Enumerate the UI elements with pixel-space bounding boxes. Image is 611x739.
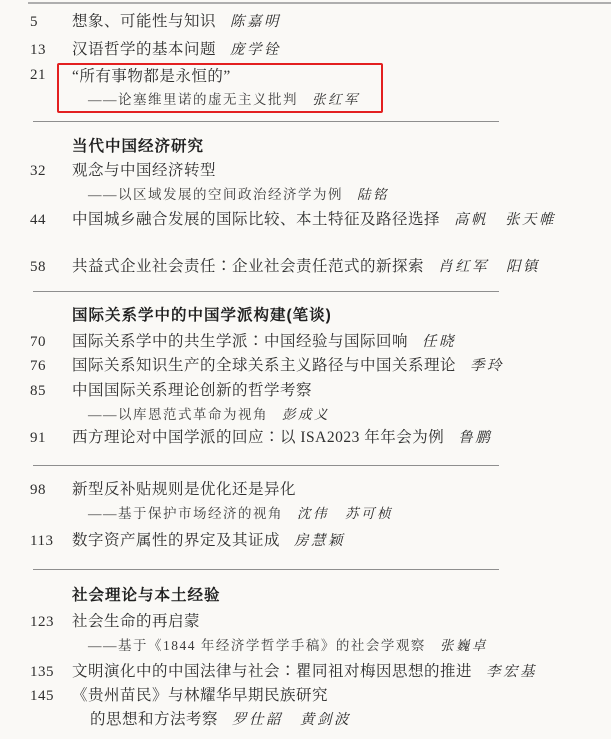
entry-title: 中国城乡融合发展的国际比较、本土特征及路径选择 [72,211,440,228]
toc-entry: 32 观念与中国经济转型 ——以区域发展的空间政治经济学为例陆铭 [30,159,593,206]
entry-title: 西方理论对中国学派的回应∶以 ISA2023 年年会为例 [72,429,444,446]
entry-page-number: 85 [30,379,72,426]
entry-page-number: 113 [30,529,72,553]
entry-subtitle: ——以区域发展的空间政治经济学为例 [88,187,343,202]
entry-title: 新型反补贴规则是优化还是异化 [72,481,296,498]
toc-entry: 145 《贵州苗民》与林耀华早期民族研究 的思想和方法考察罗仕韶 黄剑波 [30,684,593,732]
toc-entry-highlighted: 21 “所有事物都是永恒的” ——论塞维里诺的虚无主义批判张红军 [30,63,593,113]
entry-title: 文明演化中的中国法律与社会∶瞿同祖对梅因思想的推进 [72,663,472,680]
toc-entry: 70 国际关系学中的共生学派∶中国经验与国际回响任晓 [30,330,593,354]
entry-subtitle: ——基于《1844 年经济学哲学手稿》的社会学观察 [88,638,426,653]
journal-toc-page: 5 想象、可能性与知识陈嘉明 13 汉语哲学的基本问题庞学铨 21 “所有事物都… [0,0,611,739]
entry-authors: 李宏基 [486,664,537,680]
toc-entry: 44 中国城乡融合发展的国际比较、本土特征及路径选择高帆 张天帷 [30,208,593,232]
entry-page-number: 44 [30,208,72,232]
top-rule [28,2,611,4]
entry-authors: 任晓 [422,334,456,350]
entry-page-number: 135 [30,660,72,684]
entry-subtitle: ——基于保护市场经济的视角 [88,506,283,521]
entry-subtitle: ——论塞维里诺的虚无主义批判 [88,92,298,107]
entry-page-number: 58 [30,255,72,279]
entry-page-number: 91 [30,426,72,450]
entry-subtitle: ——以库恩范式革命为视角 [88,407,268,422]
entry-subtitle-authors: 张红军 [312,92,360,107]
entry-authors: 陈嘉明 [230,14,281,30]
red-highlight-box: “所有事物都是永恒的” ——论塞维里诺的虚无主义批判张红军 [57,63,383,113]
entry-authors: 高帆 张天帷 [454,212,556,228]
toc-entry: 113 数字资产属性的界定及其证成房慧颖 [30,529,593,553]
toc-entry: 13 汉语哲学的基本问题庞学铨 [30,38,593,62]
entry-title: 想象、可能性与知识 [72,13,216,30]
section-divider [33,291,499,292]
entry-subtitle-authors: 彭成义 [282,407,330,422]
entry-page-number: 32 [30,159,72,206]
entry-authors: 季玲 [470,358,504,374]
entry-subtitle-authors: 张巍卓 [440,638,488,653]
entry-title: 国际关系知识生产的全球关系主义路径与中国关系理论 [72,357,456,374]
entry-page-number: 70 [30,330,72,354]
toc-entry: 135 文明演化中的中国法律与社会∶瞿同祖对梅因思想的推进李宏基 [30,660,593,684]
toc-entry: 123 社会生命的再启蒙 ——基于《1844 年经济学哲学手稿》的社会学观察张巍… [30,610,593,657]
entry-title: 中国国际关系理论创新的哲学考察 [72,382,312,399]
entry-title: 观念与中国经济转型 [72,162,216,179]
entry-authors: 房慧颖 [294,533,345,549]
entry-subtitle-authors: 沈伟 苏可桢 [297,506,393,521]
entry-page-number: 13 [30,38,72,62]
entry-page-number: 76 [30,354,72,378]
section-heading: 当代中国经济研究 [30,135,593,159]
toc-entry: 85 中国国际关系理论创新的哲学考察 ——以库恩范式革命为视角彭成义 [30,379,593,426]
entry-subtitle-authors: 陆铭 [357,187,389,202]
toc-entry: 58 共益式企业社会责任∶企业社会责任范式的新探索肖红军 阳镇 [30,255,593,279]
entry-title: 数字资产属性的界定及其证成 [72,532,280,549]
entry-authors: 罗仕韶 黄剑波 [232,712,351,728]
toc-entry: 76 国际关系知识生产的全球关系主义路径与中国关系理论季玲 [30,354,593,378]
entry-title: “所有事物都是永恒的” [72,68,231,85]
section-heading: 社会理论与本土经验 [30,584,593,608]
toc-entry: 91 西方理论对中国学派的回应∶以 ISA2023 年年会为例鲁鹏 [30,426,593,450]
entry-page-number: 123 [30,610,72,657]
section-divider [33,465,499,466]
entry-title: 共益式企业社会责任∶企业社会责任范式的新探索 [72,258,424,275]
entry-title: 社会生命的再启蒙 [72,613,200,630]
entry-authors: 鲁鹏 [458,430,492,446]
entry-title: 汉语哲学的基本问题 [72,41,216,58]
entry-title: 国际关系学中的共生学派∶中国经验与国际回响 [72,333,408,350]
entry-authors: 肖红军 阳镇 [438,259,540,275]
toc-entry: 98 新型反补贴规则是优化还是异化 ——基于保护市场经济的视角沈伟 苏可桢 [30,478,593,525]
section-heading: 国际关系学中的中国学派构建(笔谈) [30,304,593,328]
entry-authors: 庞学铨 [230,42,281,58]
entry-page-number: 98 [30,478,72,525]
toc-entry: 5 想象、可能性与知识陈嘉明 [30,10,593,34]
entry-title: 《贵州苗民》与林耀华早期民族研究 [72,687,328,704]
entry-title-line2: 的思想和方法考察 [90,711,218,728]
entry-page-number: 145 [30,684,72,732]
entry-page-number: 5 [30,10,72,34]
section-divider [33,569,499,570]
section-divider [33,121,499,122]
